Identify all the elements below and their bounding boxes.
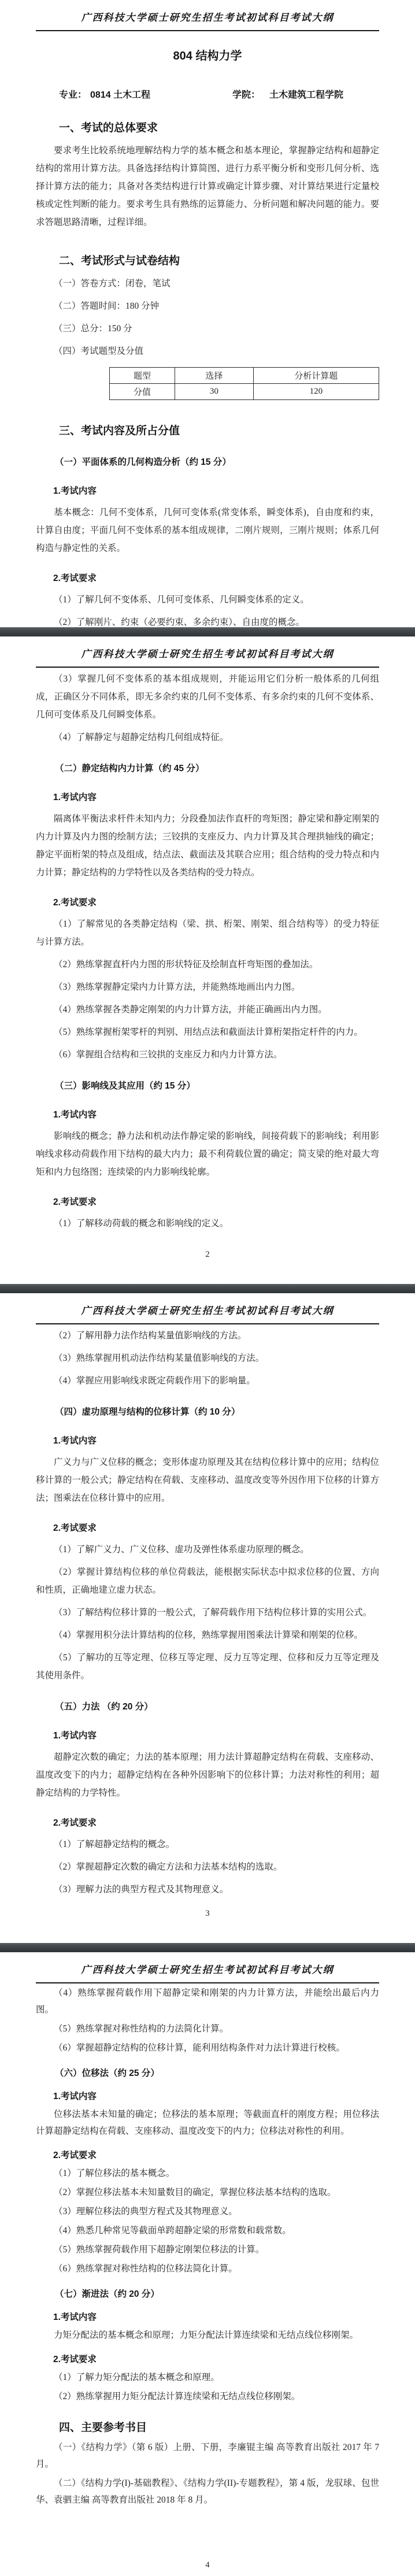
paragraph: （6）熟练掌握对称性结构的位移法简化计算。: [36, 2260, 379, 2277]
paragraph: 基本概念：几何不变体系，几何可变体系(常变体系，瞬变体系)，自由度和约束，计算自…: [36, 504, 379, 557]
paragraph: （3）熟练掌握用机动法作结构某量值影响线的方法。: [36, 1349, 379, 1367]
page-2: 广西科技大学硕士研究生招生考试初试科目考试大纲（3）掌握几何不变体系的基本组成规…: [0, 636, 415, 1284]
paragraph: （1）了解几何不变体系、几何可变体系、几何瞬变体系的定义。: [36, 591, 379, 609]
paragraph: （四）考试题型及分值: [36, 342, 379, 360]
paragraph: （6）掌握超静定结构的位移计算，能利用结构条件对力法计算进行校核。: [36, 2040, 379, 2056]
table-cell: 分析计算题: [253, 368, 379, 384]
paragraph: （2）了解用静力法作结构某量值影响线的方法。: [36, 1327, 379, 1345]
paragraph: （三）总分：150 分: [36, 320, 379, 338]
sub-label: 2.考试要求: [36, 1521, 379, 1534]
major-college-row: 专业：0814 土木工程学院：土木建筑工程学院: [36, 87, 379, 101]
page-header: 广西科技大学硕士研究生招生考试初试科目考试大纲: [36, 1961, 379, 1983]
sub-label: 1.考试内容: [36, 1434, 379, 1446]
section-heading: 二、考试形式与试卷结构: [36, 252, 379, 268]
paragraph: 影响线的概念；静力法和机动法作静定梁的影响线，间接荷载下的影响线；利用影响线求移…: [36, 1127, 379, 1181]
paragraph: （1）了解力矩分配法的基本概念和原理。: [36, 2369, 379, 2386]
page-1: 广西科技大学硕士研究生招生考试初试科目考试大纲804 结构力学专业：0814 土…: [0, 0, 415, 627]
paragraph: 要求考生比较系统地理解结构力学的基本概念和基本理论，掌握静定结构和超静定结构的常…: [36, 142, 379, 231]
table-cell: 题型: [110, 368, 175, 384]
page-separator: [0, 627, 415, 636]
section-heading: 四、主要参考书目: [36, 2419, 379, 2434]
major-value: 0814 土木工程: [90, 90, 150, 100]
exam-syllabus-document: 广西科技大学硕士研究生招生考试初试科目考试大纲804 结构力学专业：0814 土…: [0, 0, 415, 2576]
document-title: 804 结构力学: [36, 46, 379, 63]
paragraph: 力矩分配法的基本概念和原理；力矩分配法计算连续梁和无结点线位移刚架。: [36, 2327, 379, 2344]
sub-label: 1.考试内容: [36, 1108, 379, 1120]
paragraph: （3）理解力法的典型方程式及其物理意义。: [36, 1881, 379, 1898]
major-label: 专业：: [59, 90, 87, 100]
paragraph: （4）掌握用积分法计算结构的位移，熟练掌握用图乘法计算梁和刚架的位移。: [36, 1626, 379, 1644]
sub-label: 1.考试内容: [36, 2089, 379, 2102]
paragraph: （4）了解静定与超静定结构几何组成特征。: [36, 728, 379, 746]
page-number: 4: [36, 2560, 379, 2576]
paragraph: 位移法基本未知量的确定；位移法的基本原理；等截面直杆的刚度方程；用位移法计算超静…: [36, 2106, 379, 2140]
paragraph: （5）了解功的互等定理、位移互等定理、反力互等定理、位移和反力互等定理及其使用条…: [36, 1649, 379, 1685]
college-label: 学院：: [232, 90, 260, 100]
subsection-heading: （五）力法 （约 20 分）: [36, 1700, 379, 1712]
paragraph: （2）掌握计算结构位移的单位荷载法，能根据实际状态中拟求位移的位置、方向和性质，…: [36, 1563, 379, 1599]
sub-label: 2.考试要求: [36, 571, 379, 584]
table-row: 题型选择分析计算题: [110, 368, 379, 384]
page-separator: [0, 1943, 415, 1952]
paragraph: （4）掌握应用影响线求既定荷载作用下的影响量。: [36, 1372, 379, 1390]
subsection-heading: （七）渐进法（约 20 分）: [36, 2287, 379, 2300]
subsection-heading: （六）位移法（约 25 分）: [36, 2066, 379, 2079]
subsection-heading: （三）影响线及其应用（约 15 分）: [36, 1079, 379, 1091]
section-heading: 三、考试内容及所占分值: [36, 422, 379, 438]
paragraph: （一）答卷方式：闭卷，笔试: [36, 275, 379, 293]
page-header: 广西科技大学硕士研究生招生考试初试科目考试大纲: [36, 1302, 379, 1324]
paragraph: 隔离体平衡法求杆件未知内力；分段叠加法作直杆的弯矩图；静定梁和静定刚架的内力计算…: [36, 810, 379, 882]
paragraph: （4）熟练掌握荷载作用下超静定梁和刚架的内力计算方法，并能绘出最后内力图。: [36, 1985, 379, 2018]
sub-label: 1.考试内容: [36, 1729, 379, 1741]
page-number: 2: [36, 1250, 379, 1284]
page-header: 广西科技大学硕士研究生招生考试初试科目考试大纲: [36, 646, 379, 668]
sub-label: 2.考试要求: [36, 895, 379, 908]
paragraph: （2）掌握超静定次数的确定方法和力法基本结构的选取。: [36, 1858, 379, 1876]
paragraph: （二）《结构力学(I)-基础教程》、《结构力学(II)-专题教程》，第 4 版，…: [36, 2475, 379, 2508]
paragraph: 超静定次数的确定；力法的基本原理；用力法计算超静定结构在荷载、支座移动、温度改变…: [36, 1748, 379, 1802]
college-field: 学院：土木建筑工程学院: [232, 87, 343, 101]
paragraph: （3）了解结构位移计算的一般公式，了解荷载作用下结构位移计算的实用公式。: [36, 1604, 379, 1622]
subsection-heading: （四）虚功原理与结构的位移计算（约 10 分）: [36, 1405, 379, 1417]
table-cell: 选择: [175, 368, 253, 384]
sub-label: 1.考试内容: [36, 790, 379, 803]
paragraph: （2）熟练掌握用力矩分配法计算连续梁和无结点线位移刚架。: [36, 2388, 379, 2405]
paragraph: （1）了解移动荷载的概念和影响线的定义。: [36, 1215, 379, 1233]
sub-label: 2.考试要求: [36, 1195, 379, 1208]
paragraph: （1）了解广义力、广义位移、虚功及弹性体系虚功原理的概念。: [36, 1541, 379, 1559]
sub-label: 1.考试内容: [36, 484, 379, 497]
paragraph: （4）熟练掌握各类静定刚架的内力计算方法，并能正确画出内力图。: [36, 1001, 379, 1019]
major-field: 专业：0814 土木工程: [59, 87, 232, 101]
section-heading: 一、考试的总体要求: [36, 119, 379, 135]
paragraph: （5）熟练掌握桁架零杆的判别、用结点法和截面法计算桁架指定杆件的内力。: [36, 1023, 379, 1041]
question-type-score-table: 题型选择分析计算题分值30120: [109, 367, 379, 400]
paragraph: （4）熟悉几种常见等截面单跨超静定梁的形常数和载常数。: [36, 2222, 379, 2239]
sub-label: 2.考试要求: [36, 1816, 379, 1829]
paragraph: 广义力与广义位移的概念；变形体虚功原理及其在结构位移计算中的应用；结构位移计算的…: [36, 1453, 379, 1507]
page-4: 广西科技大学硕士研究生招生考试初试科目考试大纲（4）熟练掌握荷载作用下超静定梁和…: [0, 1952, 415, 2576]
table-row: 分值30120: [110, 384, 379, 400]
page-number: 3: [36, 1909, 379, 1943]
page-header: 广西科技大学硕士研究生招生考试初试科目考试大纲: [36, 9, 379, 31]
sub-label: 1.考试内容: [36, 2310, 379, 2323]
paragraph: （6）掌握组合结构和三铰拱的支座反力和内力计算方法。: [36, 1046, 379, 1064]
paragraph: （3）熟练掌握静定梁内力计算方法，并能熟练地画出内力图。: [36, 978, 379, 996]
paragraph: （1）了解超静定结构的概念。: [36, 1835, 379, 1853]
sub-label: 2.考试要求: [36, 2148, 379, 2161]
paragraph: （3）掌握几何不变体系的基本组成规则，并能运用它们分析一般体系的几何组成，正确区…: [36, 670, 379, 724]
subsection-heading: （一）平面体系的几何构造分析（约 15 分）: [36, 455, 379, 468]
paragraph: （2）熟练掌握直杆内力图的形状特征及绘制直杆弯矩图的叠加法。: [36, 956, 379, 974]
paragraph: （2）了解刚片、约束（必要约束、多余约束）、自由度的概念。: [36, 613, 379, 627]
paragraph: （二）答题时间：180 分钟: [36, 297, 379, 315]
paragraph: （5）熟练掌握荷载作用下超静定刚架位移法的计算。: [36, 2241, 379, 2258]
paragraph: （一）《结构力学》（第 6 版）上册、下册，李廉锟主编 高等教育出版社 2017…: [36, 2439, 379, 2473]
paragraph: （1）了解位移法的基本概念。: [36, 2165, 379, 2182]
table-cell: 30: [175, 384, 253, 400]
page-3: 广西科技大学硕士研究生招生考试初试科目考试大纲（2）了解用静力法作结构某量值影响…: [0, 1293, 415, 1943]
paragraph: （2）掌握位移法基本未知量数目的确定，掌握位移法基本结构的选取。: [36, 2184, 379, 2201]
table-cell: 分值: [110, 384, 175, 400]
subsection-heading: （二）静定结构内力计算（约 45 分）: [36, 761, 379, 774]
table-cell: 120: [253, 384, 379, 400]
paragraph: （3）理解位移法的典型方程式及其物理意义。: [36, 2203, 379, 2220]
sub-label: 2.考试要求: [36, 2352, 379, 2365]
paragraph: （1）了解常见的各类静定结构（梁、拱、桁架、刚架、组合结构等）的受力特征与计算方…: [36, 915, 379, 951]
college-value: 土木建筑工程学院: [269, 90, 343, 100]
page-separator: [0, 1284, 415, 1293]
paragraph: （5）熟练掌握对称性结构的力法简化计算。: [36, 2020, 379, 2037]
